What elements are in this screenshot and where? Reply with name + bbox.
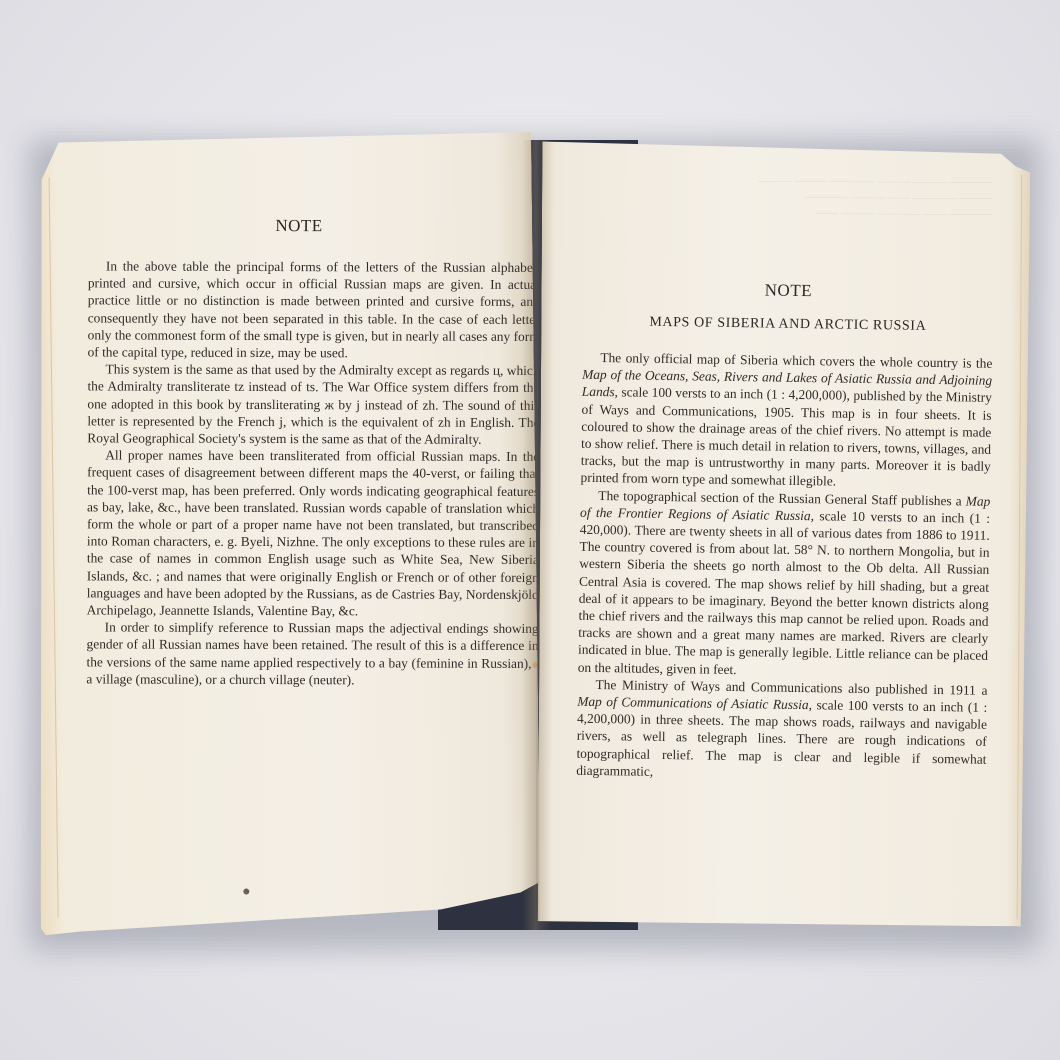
left-page-content: NOTE In the above table the principal fo… (86, 215, 540, 689)
book-gutter (522, 140, 552, 930)
left-page: NOTE In the above table the principal fo… (31, 132, 541, 940)
text-run: a village (masculine), or a church villa… (86, 671, 354, 687)
text-run: In order to simplify reference to Russia… (86, 620, 538, 671)
left-page-heading: NOTE (58, 215, 540, 237)
right-page-subheading: MAPS OF SIBERIA AND ARCTIC RUSSIA (583, 314, 993, 336)
paragraph: The topographical section of the Russian… (578, 486, 991, 681)
show-through-text: ———— ——— ——— ———— ——— —————— ———— —— ———… (612, 172, 992, 222)
right-page-heading: NOTE (583, 278, 993, 304)
paragraph: The only official map of Siberia which c… (580, 349, 992, 493)
page-edge (1017, 174, 1023, 919)
paragraph: In the above table the principal forms o… (88, 257, 540, 362)
text-run: , scale 10 versts to an inch (1 : 420,00… (578, 508, 990, 677)
right-page-content: NOTE MAPS OF SIBERIA AND ARCTIC RUSSIA T… (576, 278, 993, 785)
paragraph: All proper names have been transliterate… (87, 447, 540, 621)
right-page: ———— ——— ——— ———— ——— —————— ———— —— ———… (538, 142, 1031, 927)
ink-dot (243, 888, 249, 894)
text-run: , scale 100 versts to an inch (1 : 4,200… (580, 385, 991, 489)
map-title: Map of Communications of Asiatic Russia (577, 694, 809, 712)
left-page-body: In the above table the principal forms o… (86, 257, 539, 689)
page-edge (49, 178, 59, 918)
paragraph: The Ministry of Ways and Communications … (576, 676, 987, 785)
paragraph: In order to simplify reference to Russia… (86, 619, 538, 689)
paragraph: This system is the same as that used by … (87, 361, 539, 449)
right-page-body: The only official map of Siberia which c… (576, 349, 992, 785)
